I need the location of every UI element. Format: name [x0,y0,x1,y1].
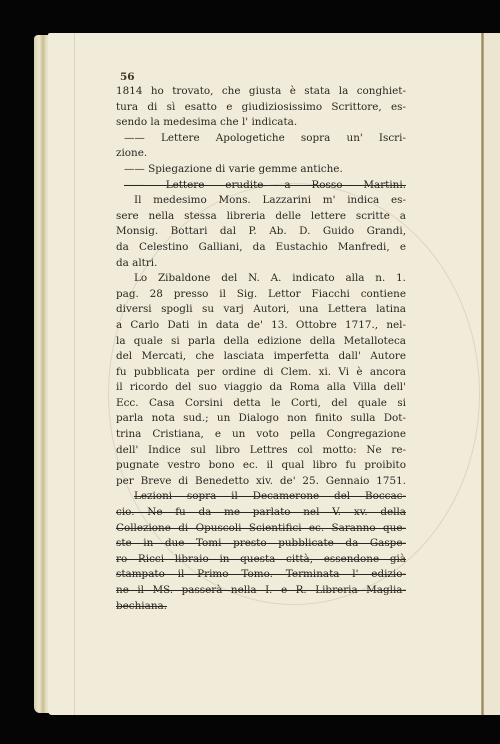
text-line: —— Spiegazione di varie gemme antiche. [116,162,406,178]
text-line: cio. Ne fu da me parlato nel V. xv. dell… [116,505,406,521]
text-line: da altri. [116,256,406,272]
text-line: Ecc. Casa Corsini detta le Corti, del qu… [116,396,406,412]
text-line: ne il MS. passerà nella I. e R. Libreria… [116,583,406,599]
next-page-edge [484,33,500,715]
text-line: sendo la medesima che l' indicata. [116,115,406,131]
text-line: diversi spogli su varj Autori, una Lette… [116,302,406,318]
text-line: —— Lettere erudite a Rosso Martini. [116,178,406,194]
text-line: il ricordo del suo viaggio da Roma alla … [116,380,406,396]
text-line: 1814 ho trovato, che giusta è stata la c… [116,84,406,100]
margin-rule [74,33,75,715]
text-line: trina Cristiana, e un voto pella Congreg… [116,427,406,443]
text-line: pag. 28 presso il Sig. Lettor Fiacchi co… [116,287,406,303]
text-line: stampato il Primo Tomo. Terminata l' edi… [116,567,406,583]
text-line: del Mercati, che lasciata imperfetta dal… [116,349,406,365]
text-line: fu pubblicata per ordine di Clem. xi. Vi… [116,365,406,381]
text-line: pugnate vestro bono ec. il qual libro fu… [116,458,406,474]
text-line: Collezione di Opuscoli Scientifici ec. S… [116,521,406,537]
text-line: zione. [116,146,406,162]
text-line: ste in due Tomi presto pubblicate da Gas… [116,536,406,552]
text-line: ro Ricci libraio in questa città, essend… [116,552,406,568]
text-line: dell' Indice sul libro Lettres col motto… [116,443,406,459]
text-line: parla nota sud.; un Dialogo non finito s… [116,411,406,427]
text-line: per Breve di Benedetto xiv. de' 25. Genn… [116,474,406,490]
text-line: la quale si parla della edizione della M… [116,334,406,350]
text-line: sere nella stessa libreria delle lettere… [116,209,406,225]
page-number: 56 [120,70,406,84]
text-line: Lo Zibaldone del N. A. indicato alla n. … [116,271,406,287]
text-line: Il medesimo Mons. Lazzarini m' indica es… [116,193,406,209]
text-line: bechiana. [116,599,406,615]
text-line: Lezioni sopra il Decamerone del Boccac- [116,489,406,505]
text-line: —— Lettere Apologetiche sopra un' Iscri- [116,131,406,147]
text-lines: 1814 ho trovato, che giusta è stata la c… [116,84,406,614]
page-text: 56 1814 ho trovato, che giusta è stata l… [116,70,406,614]
text-line: a Carlo Dati in data de' 13. Ottobre 171… [116,318,406,334]
text-line: tura di sì esatto e giudiziosissimo Scri… [116,100,406,116]
text-line: da Celestino Galliani, da Eustachio Manf… [116,240,406,256]
text-line: Monsig. Bottari dal P. Ab. D. Guido Gran… [116,224,406,240]
